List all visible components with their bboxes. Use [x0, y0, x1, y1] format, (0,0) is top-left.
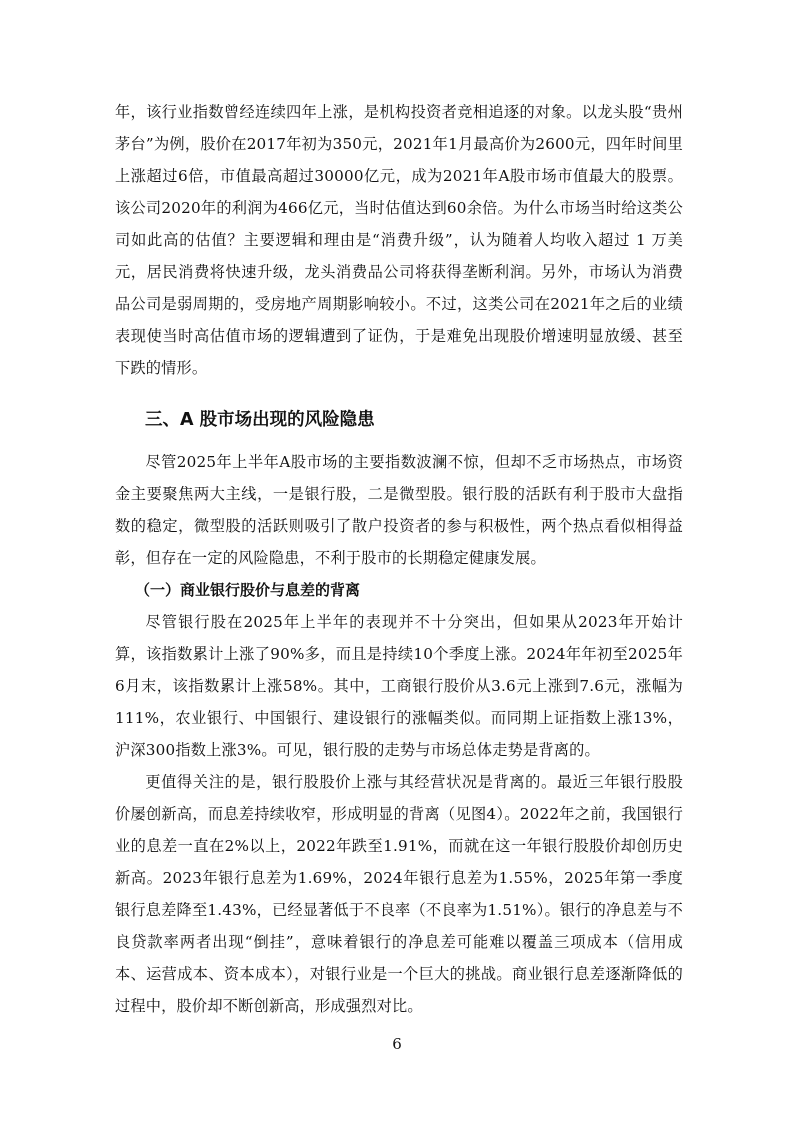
- section-heading: 三、A 股市场出现的风险隐患: [115, 404, 683, 436]
- paragraph-continued: 年，该行业指数曾经连续四年上涨，是机构投资者竞相追逐的对象。以龙头股“贵州茅台”…: [115, 96, 683, 384]
- document-body: 年，该行业指数曾经连续四年上涨，是机构投资者竞相追逐的对象。以龙头股“贵州茅台”…: [115, 96, 683, 1022]
- section-intro-paragraph: 尽管2025年上半年A股市场的主要指数波澜不惊，但却不乏市场热点，市场资金主要聚…: [115, 446, 683, 574]
- subsection-heading: （一）商业银行股价与息差的背离: [115, 574, 683, 606]
- page-number: 6: [0, 1035, 794, 1053]
- paragraph-bank-index: 尽管银行股在2025年上半年的表现并不十分突出，但如果从2023年开始计算，该指…: [115, 606, 683, 766]
- paragraph-interest-margin: 更值得关注的是，银行股股价上涨与其经营状况是背离的。最近三年银行股股价屡创新高，…: [115, 766, 683, 1022]
